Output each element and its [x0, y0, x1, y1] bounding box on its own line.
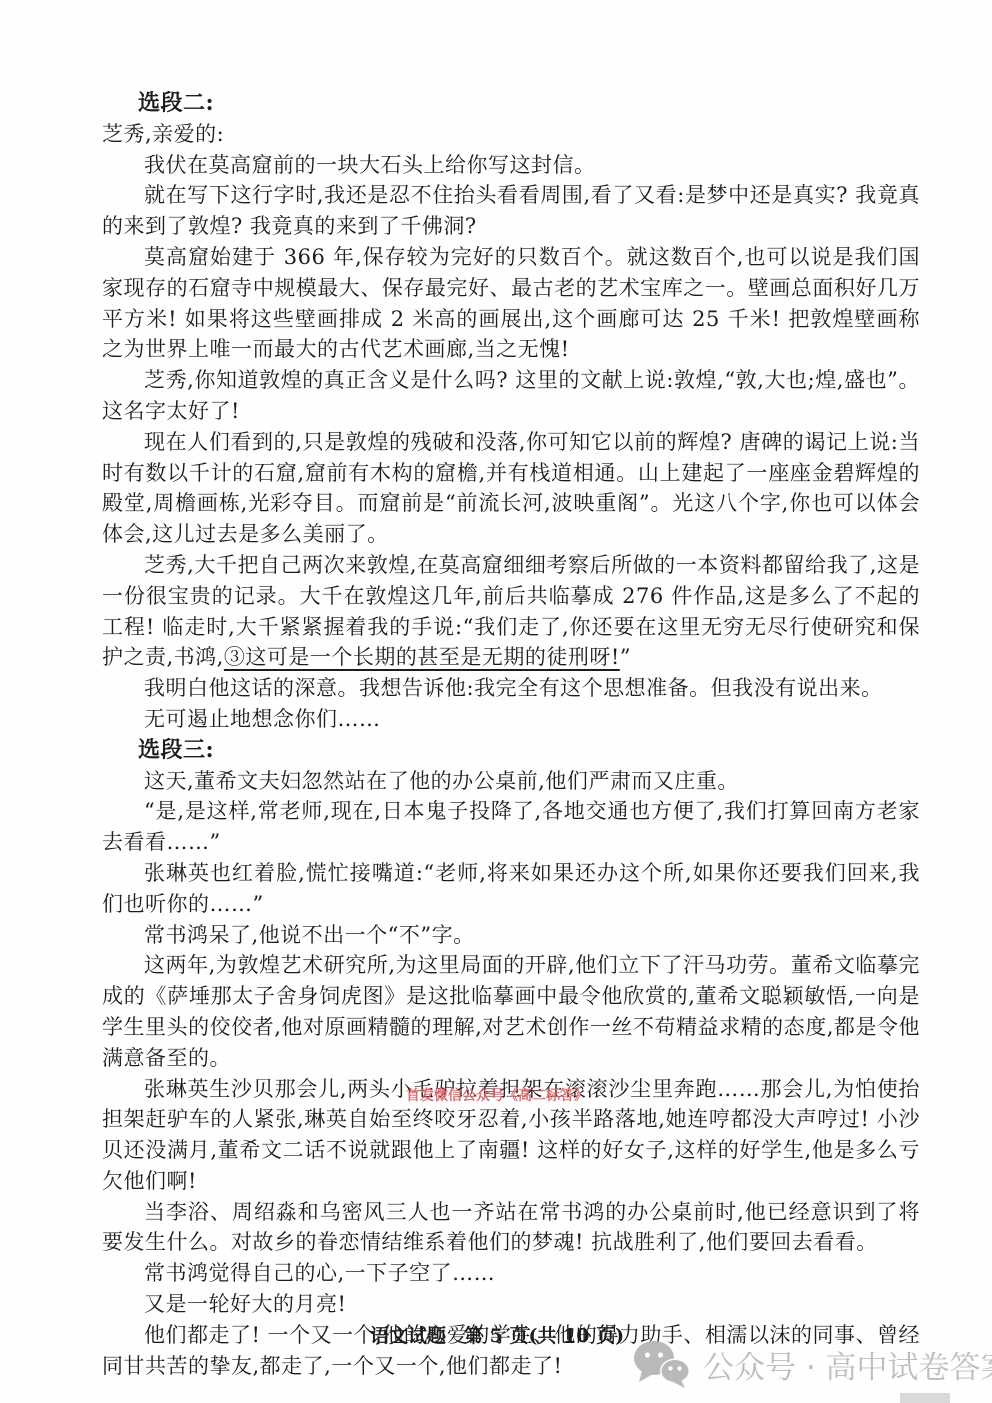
- paragraph: “是,是这样,常老师,现在,日本鬼子投降了,各地交通也方便了,我们打算回南方老家…: [102, 796, 920, 858]
- paragraph: 这两年,为敦煌艺术研究所,为这里局面的开辟,他们立下了汗马功劳。董希文临摹完成的…: [102, 950, 920, 1073]
- paragraph: 常书鸿觉得自己的心,一下子空了……: [102, 1258, 920, 1289]
- paragraph: 芝秀,你知道敦煌的真正含义是什么吗? 这里的文献上说:敦煌,“敦,大也;煌,盛也…: [102, 365, 920, 427]
- section-heading-3: 选段三:: [138, 735, 920, 766]
- paragraph: 我伏在莫高窟前的一块大石头上给你写这封信。: [102, 150, 920, 181]
- section-heading-2: 选段二:: [138, 88, 920, 119]
- paragraph: 又是一轮好大的月亮!: [102, 1289, 920, 1320]
- paragraph-text: ”: [620, 645, 631, 669]
- underlined-sentence: ③这可是一个长期的甚至是无期的徒刑呀!: [224, 645, 620, 669]
- paragraph: 张琳英也红着脸,慌忙接嘴道:“老师,将来如果还办这个所,如果你还要我们回来,我们…: [102, 858, 920, 920]
- gray-watermark: 公众号 · 高中试卷答案: [633, 1340, 992, 1388]
- exam-page: 选段二: 芝秀,亲爱的: 我伏在莫高窟前的一块大石头上给你写这封信。 就在写下这…: [0, 0, 992, 1403]
- gray-watermark-text: 公众号 · 高中试卷答案: [703, 1342, 992, 1387]
- footer-page-number: 第 5 页(共 10 页): [464, 1325, 624, 1347]
- paragraph-with-underline: 芝秀,大千把自己两次来敦煌,在莫高窟细细考察后所做的一本资料都留给我了,这是一份…: [102, 550, 920, 673]
- page-footer: 语文试题第 5 页(共 10 页): [370, 1321, 624, 1348]
- wechat-icon: [633, 1340, 691, 1388]
- salutation: 芝秀,亲爱的:: [102, 119, 920, 150]
- scan-artifact: [900, 1393, 950, 1403]
- paragraph: 莫高窟始建于 366 年,保存较为完好的只数百个。就这数百个,也可以说是我们国家…: [102, 242, 920, 365]
- paragraph: 无可遏止地想念你们……: [102, 704, 920, 735]
- red-watermark: 首发微信公众号《高二标答》: [406, 1085, 588, 1105]
- paragraph: 当李浴、周绍淼和乌密风三人也一齐站在常书鸿的办公桌前时,他已经意识到了将要发生什…: [102, 1197, 920, 1259]
- paragraph: 这天,董希文夫妇忽然站在了他的办公桌前,他们严肃而又庄重。: [102, 766, 920, 797]
- footer-doc-title: 语文试题: [370, 1325, 446, 1347]
- document-body: 选段二: 芝秀,亲爱的: 我伏在莫高窟前的一块大石头上给你写这封信。 就在写下这…: [102, 88, 920, 1381]
- paragraph: 我明白他这话的深意。我想告诉他:我完全有这个思想准备。但我没有说出来。: [102, 673, 920, 704]
- paragraph: 现在人们看到的,只是敦煌的残破和没落,你可知它以前的辉煌? 唐碑的谒记上说:当时…: [102, 427, 920, 550]
- paragraph: 常书鸿呆了,他说不出一个“不”字。: [102, 920, 920, 951]
- paragraph: 就在写下这行字时,我还是忍不住抬头看看周围,看了又看:是梦中还是真实? 我竟真的…: [102, 180, 920, 242]
